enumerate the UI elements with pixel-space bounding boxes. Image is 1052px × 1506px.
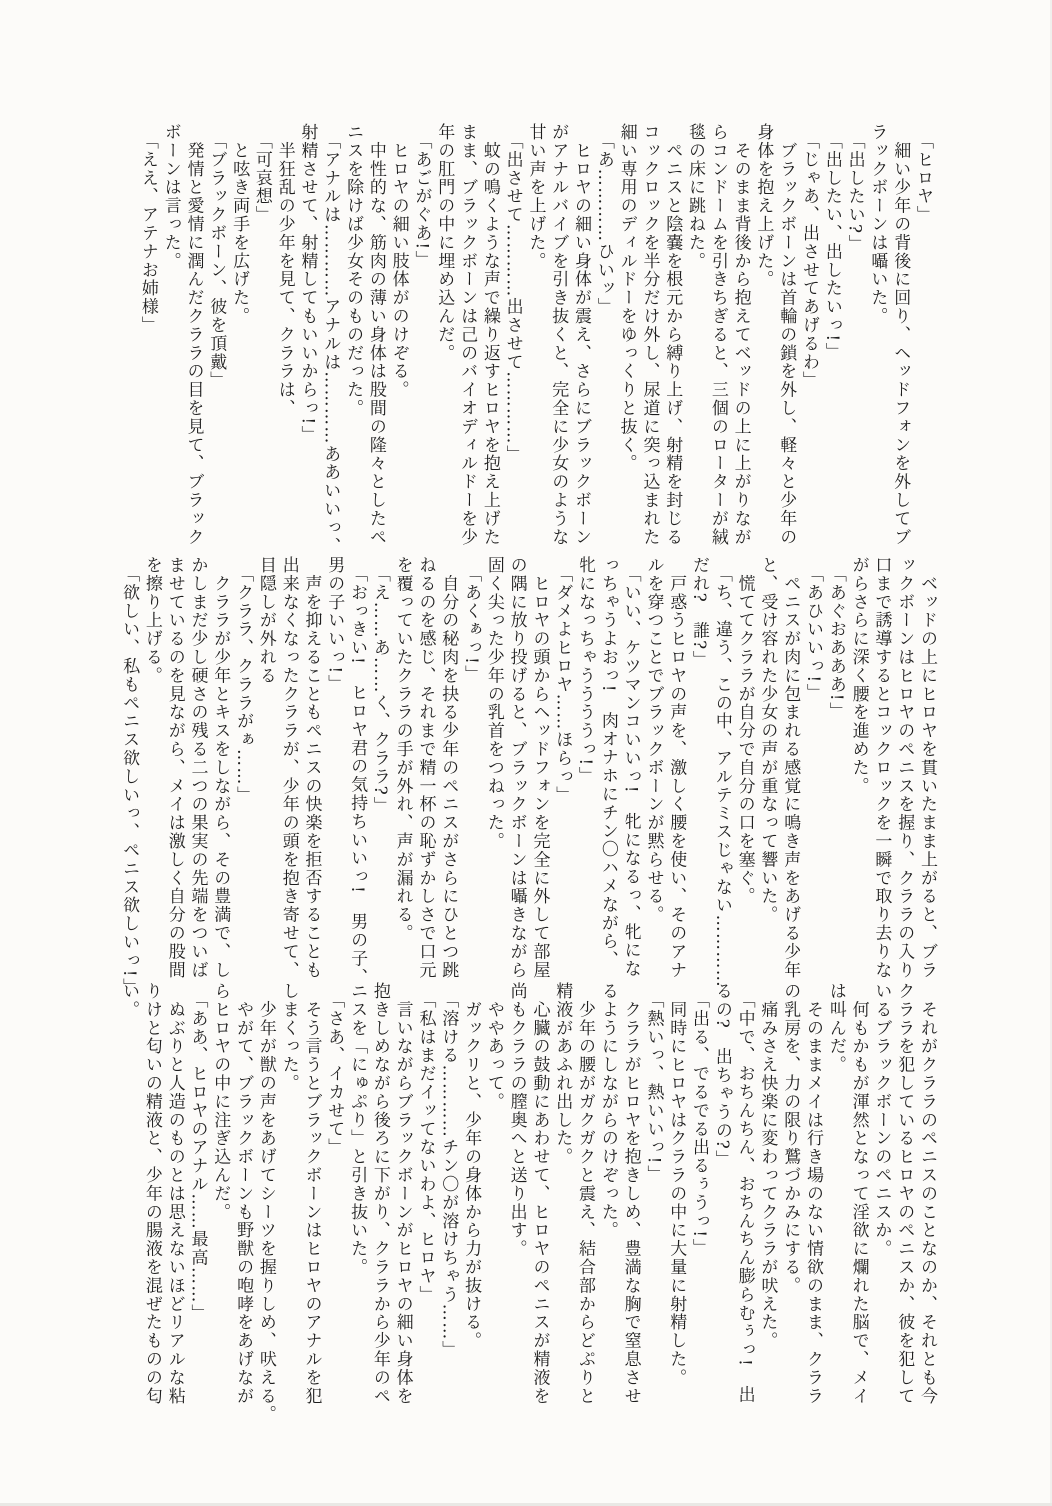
text-column: 固く尖った少年の乳首をつねった。 [482,556,505,996]
text-column: ねるのを感じ、それまで精一杯の恥ずかしさで口元 [414,556,437,996]
text-column: 蚊の鳴くような声で繰り返すヒロヤを抱え上げた [478,123,501,555]
text-column: ぬぶりと人造のものとは思えないほどリアルな粘 [163,982,186,1424]
text-column: 心臓の鼓動にあわせて、ヒロヤのペニスが精液を [528,982,551,1424]
text-column: やがて、ブラックボーンも野獣の咆哮をあげなが [231,982,254,1424]
text-column: 「熱いっ、熱いいっ!」 [642,982,665,1424]
text-column: 男の子いいっ!」 [322,556,345,996]
text-column: 「出したい?」 [843,123,866,555]
text-column: を覆っていたクララの手が外れ、声が漏れる。 [391,556,414,996]
text-column: そう言うとブラックボーンはヒロヤのアナルを犯 [300,982,323,1424]
text-column: 「クララ、クララがぁ……」 [231,556,254,996]
text-column: 精液があふれ出した。 [550,982,573,1424]
text-column: まま、ブラックボーンは己のバイオディルドーを少 [455,123,478,555]
text-column: ボーンは言った。 [159,123,182,555]
text-column: 「ブラックボーン、彼を頂戴」 [205,123,228,555]
text-column: 「じゃあ、出させてあげるわ」 [797,123,820,555]
text-column: クララが少年とキスをしながら、その豊満で、し [209,556,232,996]
text-column: いるブラックボーンのペニスか。 [870,982,893,1424]
text-column: がアナルバイブを引き抜くと、完全に少女のような [546,123,569,555]
text-column: ヒロヤの細い身体が震え、さらにブラックボーン [569,123,592,555]
text-column: ックボーンはヒロヤのペニスを握り、クララの入り [892,556,915,996]
text-column: っちゃうよおっ! 肉オナホにチン〇ハメながら、 [596,556,619,996]
text-column: 射精させて、射精してもいいからっ!」 [296,123,319,555]
text-column: 「あごがぐあ!」 [410,123,433,555]
text-column: 「あひいいっ!」 [801,556,824,996]
text-column: 抱きしめながら後ろに下がり、クララから少年のペ [368,982,391,1424]
text-column: を擦り上げる。 [140,556,163,996]
text-column: の隅に放り投げると、ブラックボーンは囁きながら [505,556,528,996]
text-column: コックロックを半分だけ外し、尿道に突っ込まれた [638,123,661,555]
text-column: かしまだ少し硬さの残る二つの果実の先端をついば [186,556,209,996]
text-column: ニスを除けば少女そのものだった。 [341,123,364,555]
text-column: 「え……あ……く、クララ?」 [368,556,391,996]
text-column: らヒロヤの中に注ぎ込んだ。 [209,982,232,1424]
text-column: がらさらに深く腰を進めた。 [847,556,870,996]
text-column: 出来なくなったクララが、少年の頭を抱き寄せて、 [277,556,300,996]
text-column: 発情と愛情に潤んだクララの目を見て、ブラック [182,123,205,555]
text-column: クララがヒロヤを抱きしめ、豊満な胸で窒息させ [619,982,642,1424]
text-column: 慌ててクララが自分で自分の口を塞ぐ。 [733,556,756,996]
text-column: そのまま背後から抱えてベッドの上に上がりなが [729,123,752,555]
text-column: は叫んだ。 [824,982,847,1424]
text-column: 中性的な、筋肉の薄い身体は股間の隆々としたペ [364,123,387,555]
text-column: 言いながらブラックボーンがヒロヤの細い身体を [391,982,414,1424]
text-block-bottom: それがクララのペニスのことなのか、それとも今クララを犯しているヒロヤのペニスか、… [117,982,938,1424]
text-column: の乳房を、力の限り鷲づかみにする。 [778,982,801,1424]
text-column: しまくった。 [277,982,300,1424]
text-column: 甘い声を上げた。 [524,123,547,555]
document-page: 「ヒロヤ」 細い少年の背後に回り、ヘッドフォンを外してブラックボーンは囁いた。「… [0,0,1052,1506]
text-column: ペニスと陰嚢を根元から縛り上げ、射精を封じる [660,123,683,555]
text-block-middle: ベッドの上にヒロヤを貫いたまま上がると、ブラックボーンはヒロヤのペニスを握り、ク… [117,556,938,996]
text-column: それがクララのペニスのことなのか、それとも今 [915,982,938,1424]
text-column: らコンドームを引きちぎると、三個のローターが絨 [706,123,729,555]
text-column: 戸惑うヒロヤの声を、激しく腰を使い、そのアナ [664,556,687,996]
text-column: 「アナルは…………アナルは…………ああいいっ、 [318,123,341,555]
text-column: 年の肛門の中に埋め込んだ。 [432,123,455,555]
text-column: だれ? 誰?」 [687,556,710,996]
text-column: ブラックボーンは首輪の鎖を外し、軽々と少年の [774,123,797,555]
text-column: ベッドの上にヒロヤを貫いたまま上がると、ブラ [915,556,938,996]
text-column: 「ダメよヒロヤ……ほらっ」 [550,556,573,996]
text-column: 「あくぁっ!」 [459,556,482,996]
text-column: ペニスが肉に包まれる感覚に鳴き声をあげる少年 [778,556,801,996]
text-column: 少年が獣の声をあげてシーツを握りしめ、吠える。 [254,982,277,1424]
text-column: 「出したい、出したいっ!」 [820,123,843,555]
text-column: ヒロヤの細い肢体がのけぞる。 [387,123,410,555]
text-column: 牝になっちゃううううっ!」 [573,556,596,996]
text-column: 毯の床に跳ねた。 [683,123,706,555]
text-column: 「欲しい、私もペニス欲しいっ、ペニス欲しいっ!」 [117,556,140,996]
text-column: 声を抑えることもペニスの快楽を拒否することも [300,556,323,996]
text-column: ややあって。 [482,982,505,1424]
text-column: ガックリと、少年の身体から力が抜ける。 [459,982,482,1424]
text-column: 「中で、おちんちん、おちんちん膨らむぅっ! 出 [733,982,756,1424]
text-column: 「いい、ケツマンコいいっ! 牝になるっ、牝にな [619,556,642,996]
text-column: 口まで誘導するとコックロックを一瞬で取り去りな [870,556,893,996]
text-column: りけと匂いの精液と、少年の腸液を混ぜたものの匂 [140,982,163,1424]
text-column: 何もかもが渾然となって淫欲に爛れた脳で、メイ [847,982,870,1424]
text-column: 尚もクララの膣奥へと送り出す。 [505,982,528,1424]
text-column: るようにしながらのけぞった。 [596,982,619,1424]
text-column: 「私はまだイッてないわよ、ヒロヤ」 [414,982,437,1424]
text-column: そのままメイは行き場のない情欲のまま、クララ [801,982,824,1424]
text-column: 細い少年の背後に回り、ヘッドフォンを外してブ [888,123,911,555]
text-column: 目隠しが外れる [254,556,277,996]
text-column: 「可哀想」 [250,123,273,555]
text-column: と呟き両手を広げた。 [227,123,250,555]
text-column: 「さあ、イカせて」 [322,982,345,1424]
text-column: ませているのを見ながら、メイは激しく自分の股間 [163,556,186,996]
text-column: 「ああ、ヒロヤのアナル……最高……」 [186,982,209,1424]
text-column: 「ち、違う、この中、アルテミスじゃない………… [710,556,733,996]
text-column: 「溶ける…………チン〇が溶けちゃう……」 [436,982,459,1424]
text-column: 「おっきい! ヒロヤ君の気持ちいいっ! 男の子、 [345,556,368,996]
text-column: 「出る、でるでる出るぅうっ!」 [687,982,710,1424]
text-column: ラックボーンは囁いた。 [866,123,889,555]
text-column: 半狂乱の少年を見て、クララは、 [273,123,296,555]
text-column: い。 [117,982,140,1424]
text-column: 痛みさえ快楽に変わってクララが吠えた。 [756,982,779,1424]
text-column: るの? 出ちゃうの?」 [710,982,733,1424]
text-column: 同時にヒロヤはクララの中に大量に射精した。 [664,982,687,1424]
text-column: クララを犯しているヒロヤのペニスか、彼を犯して [892,982,915,1424]
text-column: 「ヒロヤ」 [911,123,934,555]
text-column: 「ええ、アテナお姉様」 [136,123,159,555]
text-column: 「出させて…………出させて…………」 [501,123,524,555]
text-column: 細い専用のディルドーをゆっくりと抜く。 [615,123,638,555]
text-column: と、受け容れた少女の声が重なって響いた。 [756,556,779,996]
text-column: 「あ…………ひいッ」 [592,123,615,555]
text-column: 身体を抱え上げた。 [752,123,775,555]
text-column: ルを穿つことでブラックボーンが黙らせる。 [642,556,665,996]
text-column: ヒロヤの頭からヘッドフォンを完全に外して部屋 [528,556,551,996]
text-column: 「あぐおあああ!」 [824,556,847,996]
text-block-top: 「ヒロヤ」 細い少年の背後に回り、ヘッドフォンを外してブラックボーンは囁いた。「… [136,123,934,555]
text-column: 少年の腰がガクガクと震え、結合部からどぷりと [573,982,596,1424]
text-column: ニスを「にゅぷり」と引き抜いた。 [345,982,368,1424]
text-column: 自分の秘肉を抉る少年のペニスがさらにひとつ跳 [436,556,459,996]
